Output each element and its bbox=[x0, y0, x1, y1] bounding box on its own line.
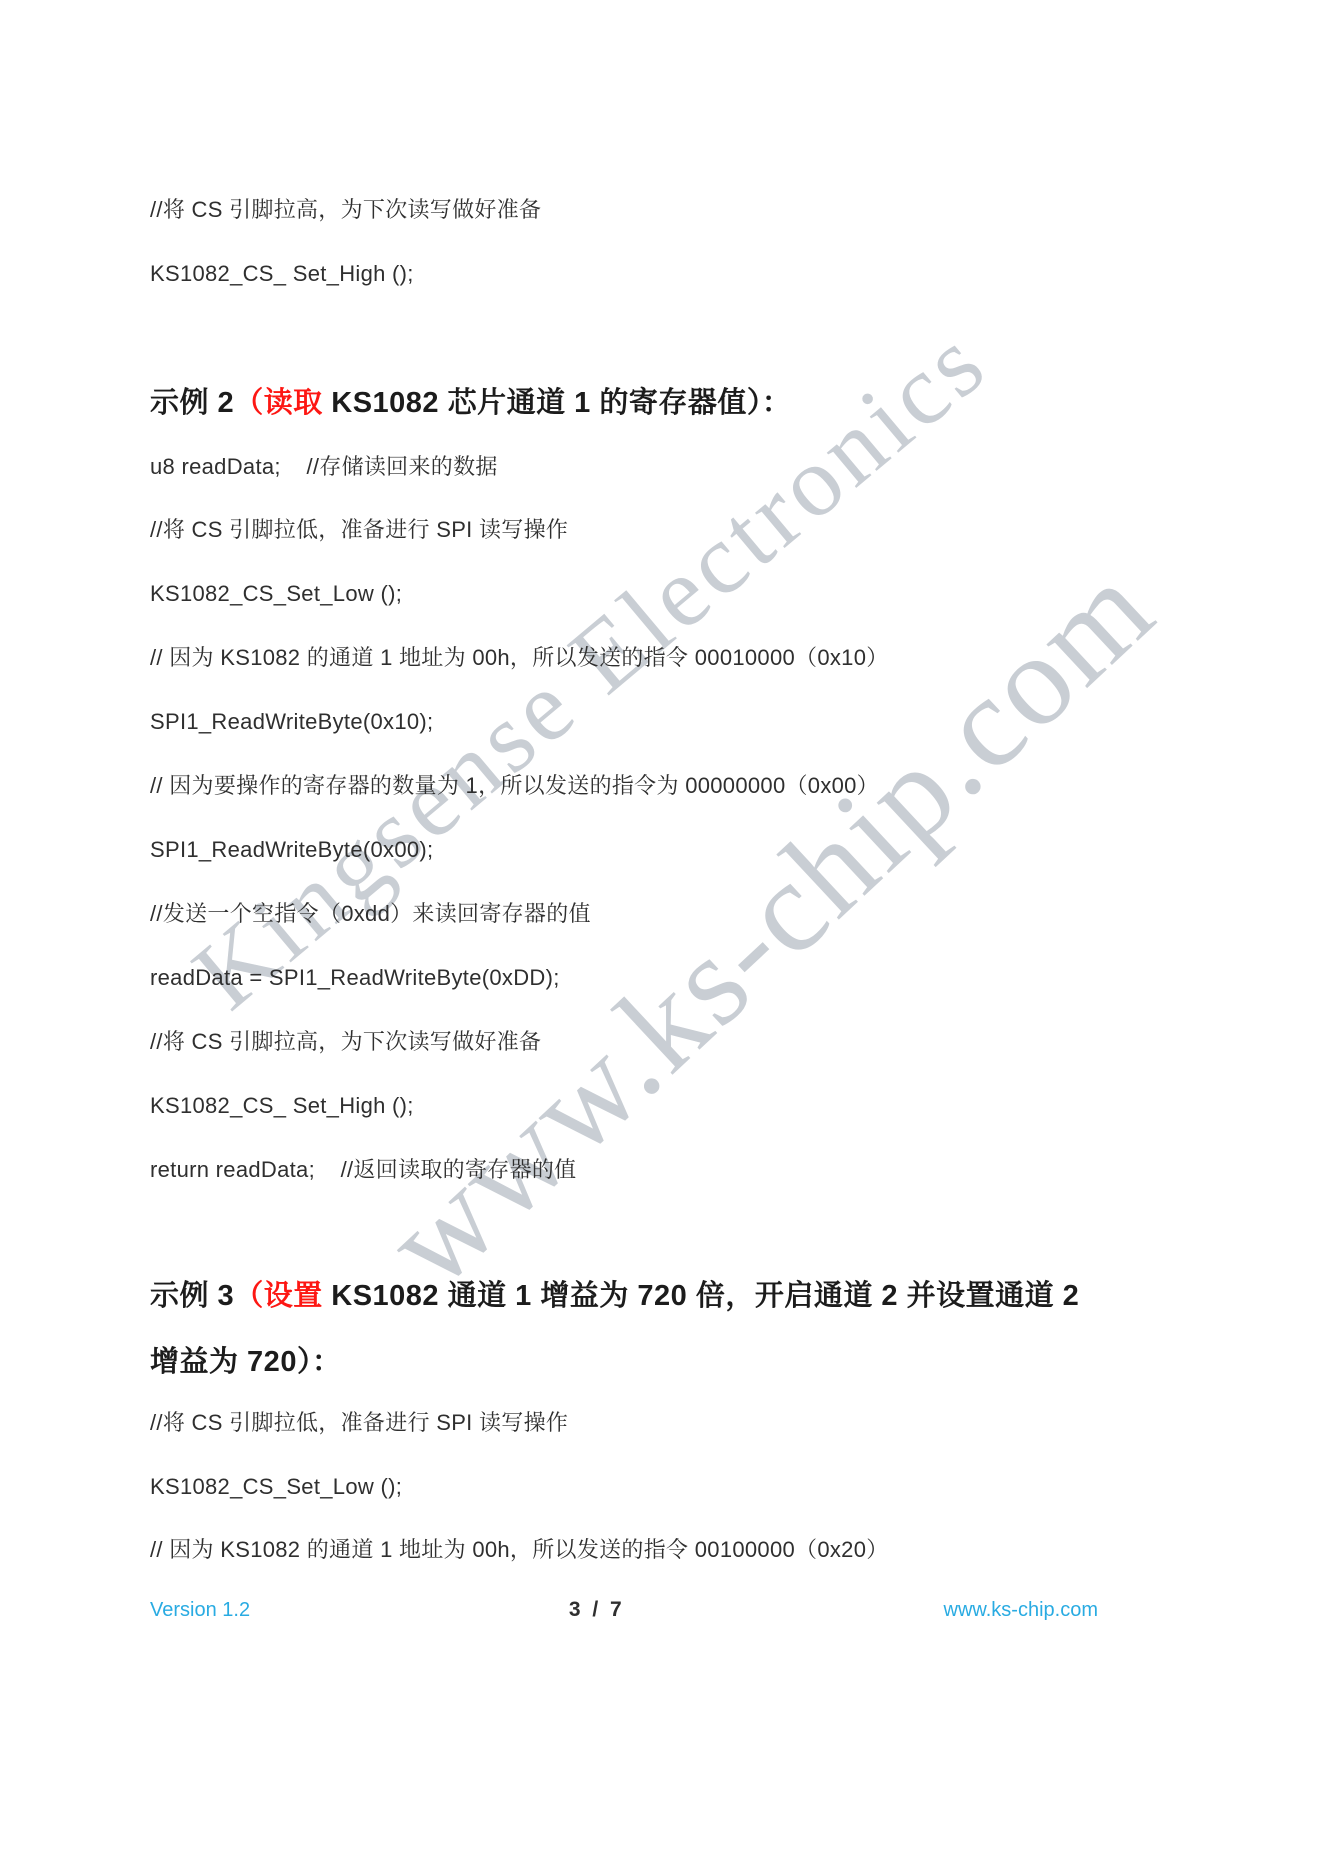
section-heading-example3-wrap: 增益为 720）： bbox=[150, 1342, 341, 1382]
code-comment: //将 CS 引脚拉低，准备进行 SPI 读写操作 bbox=[150, 1408, 568, 1438]
code-comment: //将 CS 引脚拉低，准备进行 SPI 读写操作 bbox=[150, 515, 568, 545]
heading-text: KS1082 通道 1 增益为 720 倍，开启通道 2 并设置通道 2 bbox=[323, 1280, 1080, 1312]
document-page: Kingsense Electronics www.ks-chip.com //… bbox=[0, 0, 1323, 1871]
code-comment: //发送一个空指令（0xdd）来读回寄存器的值 bbox=[150, 899, 591, 929]
section-heading-example3: 示例 3（设置 KS1082 通道 1 增益为 720 倍，开启通道 2 并设置… bbox=[150, 1276, 1079, 1316]
code-comment: //将 CS 引脚拉高，为下次读写做好准备 bbox=[150, 195, 541, 225]
code-line: return readData; //返回读取的寄存器的值 bbox=[150, 1155, 576, 1185]
code-line: SPI1_ReadWriteByte(0x10); bbox=[150, 707, 433, 737]
code-line: SPI1_ReadWriteByte(0x00); bbox=[150, 835, 433, 865]
code-comment: //将 CS 引脚拉高，为下次读写做好准备 bbox=[150, 1027, 541, 1057]
page-content: //将 CS 引脚拉高，为下次读写做好准备 KS1082_CS_ Set_Hig… bbox=[0, 0, 1323, 1871]
code-line: u8 readData; //存储读回来的数据 bbox=[150, 452, 498, 482]
code-line: readData = SPI1_ReadWriteByte(0xDD); bbox=[150, 963, 560, 993]
footer-version: Version 1.2 bbox=[150, 1599, 250, 1622]
page-footer: Version 1.2 3 / 7 www.ks-chip.com bbox=[150, 1598, 1098, 1622]
footer-page-number: 3 / 7 bbox=[569, 1598, 625, 1622]
section-heading-example2: 示例 2（读取 KS1082 芯片通道 1 的寄存器值）： bbox=[150, 383, 791, 423]
code-comment: // 因为 KS1082 的通道 1 地址为 00h，所以发送的指令 00100… bbox=[150, 1535, 889, 1565]
code-line: KS1082_CS_ Set_High (); bbox=[150, 1091, 414, 1121]
footer-website-link[interactable]: www.ks-chip.com bbox=[944, 1599, 1098, 1622]
heading-text: 示例 2 bbox=[150, 387, 234, 419]
heading-highlight: （读取 bbox=[234, 387, 323, 419]
code-comment: // 因为 KS1082 的通道 1 地址为 00h，所以发送的指令 00010… bbox=[150, 643, 889, 673]
heading-text: 示例 3 bbox=[150, 1280, 234, 1312]
code-line: KS1082_CS_Set_Low (); bbox=[150, 579, 402, 609]
code-line: KS1082_CS_Set_Low (); bbox=[150, 1472, 402, 1502]
heading-highlight: （设置 bbox=[234, 1280, 323, 1312]
heading-text: KS1082 芯片通道 1 的寄存器值）： bbox=[323, 387, 792, 419]
code-comment: // 因为要操作的寄存器的数量为 1，所以发送的指令为 00000000（0x0… bbox=[150, 771, 879, 801]
code-line: KS1082_CS_ Set_High (); bbox=[150, 259, 414, 289]
